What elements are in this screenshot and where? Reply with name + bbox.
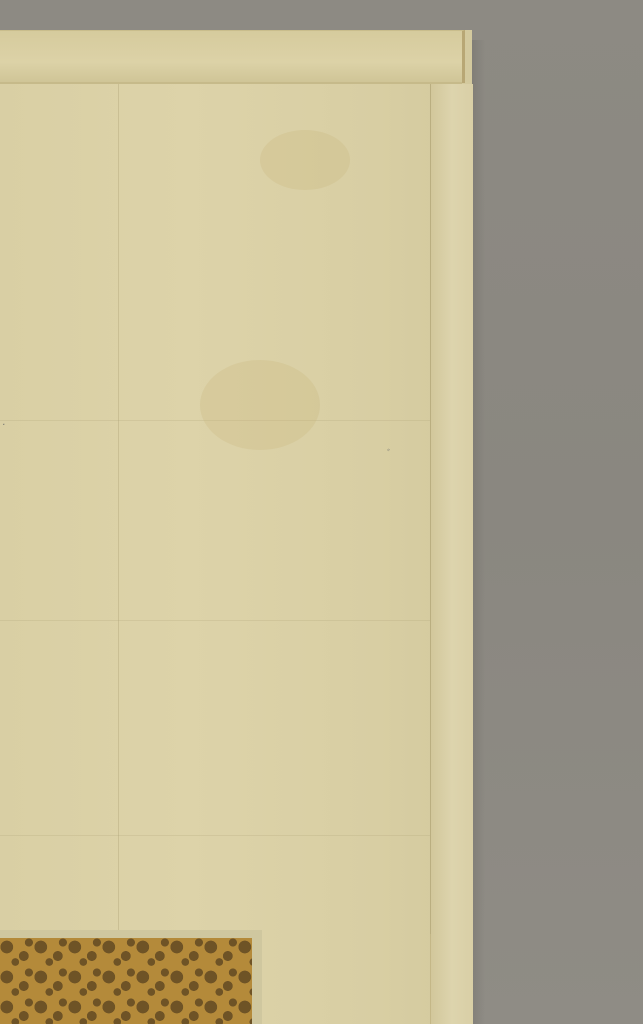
scroll-right-margin bbox=[430, 84, 473, 1024]
paper-stain bbox=[200, 360, 320, 450]
brocade-panel bbox=[0, 938, 252, 1024]
roller-edge bbox=[0, 82, 462, 84]
paper-fold bbox=[0, 620, 430, 621]
paper-seam bbox=[430, 84, 431, 934]
paper-seam bbox=[118, 84, 119, 934]
top-roller bbox=[0, 30, 465, 83]
ink-mark: ﾞ bbox=[385, 445, 390, 460]
scroll-paper bbox=[0, 30, 472, 1024]
paper-stain bbox=[260, 130, 350, 190]
ink-mark: · bbox=[2, 420, 5, 431]
paper-fold bbox=[0, 835, 430, 836]
